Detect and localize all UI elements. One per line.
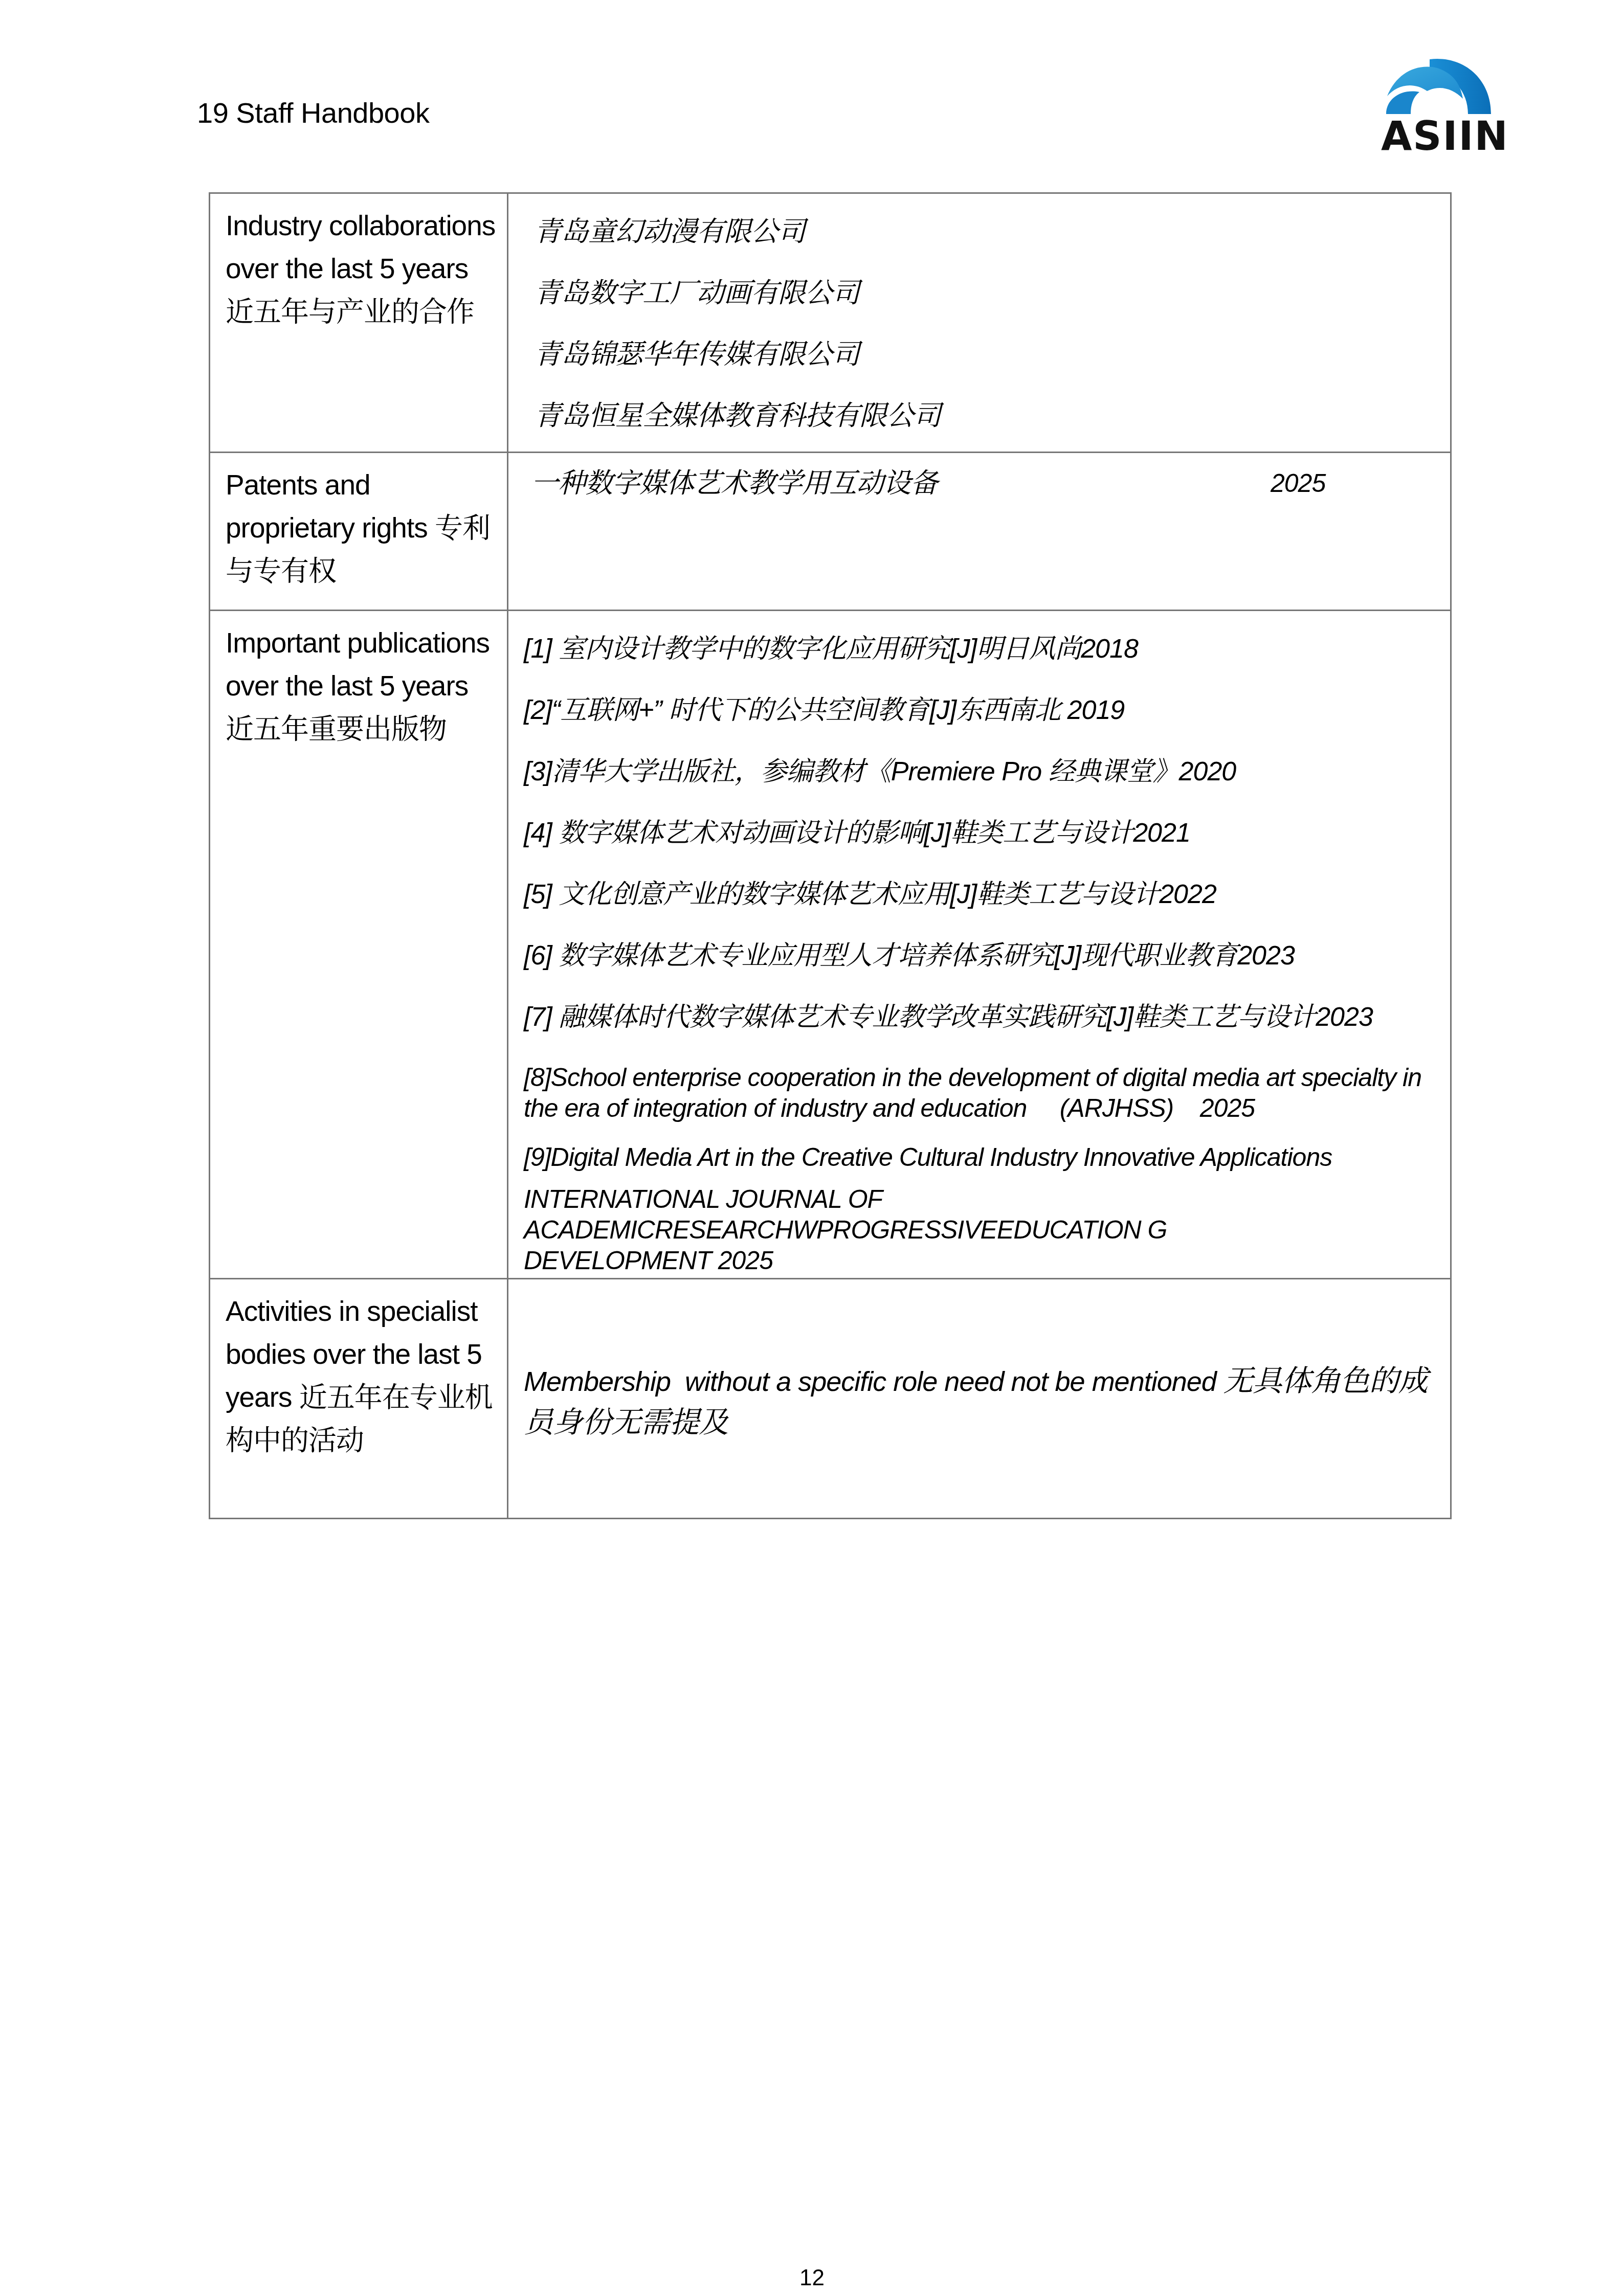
publication-8-line-1: [8]School enterprise cooperation in the … (524, 1062, 1435, 1093)
industry-label-en: Industry collaborations over the last 5 … (226, 210, 495, 284)
patents-content: 一种数字媒体艺术教学用互动设备 2025 (508, 453, 1451, 611)
publications-label-cn: 近五年重要出版物 (226, 713, 447, 745)
industry-label: Industry collaborations over the last 5 … (210, 193, 508, 453)
list-item: 青岛锦瑟华年传媒有限公司 (524, 324, 1435, 385)
publication-item-9: [9]Digital Media Art in the Creative Cul… (524, 1123, 1435, 1276)
patent-year: 2025 (1271, 460, 1325, 506)
table-row-publications: Important publications over the last 5 y… (210, 611, 1451, 1279)
publications-label-en: Important publications over the last 5 y… (226, 627, 490, 702)
publication-item: [2]“互联网+” 时代下的公共空间教育[J]东西南北 2019 (524, 680, 1435, 741)
publication-item: [6] 数字媒体艺术专业应用型人才培养体系研究[J]现代职业教育2023 (524, 925, 1435, 986)
publications-label: Important publications over the last 5 y… (210, 611, 508, 1279)
list-item: 青岛恒星全媒体教育科技有限公司 (524, 385, 1435, 446)
publication-item: [3]清华大学出版社，参编教材《Premiere Pro 经典课堂》2020 (524, 741, 1435, 802)
table-row-activities: Activities in specialist bodies over the… (210, 1279, 1451, 1519)
publication-item-8: [8]School enterprise cooperation in the … (524, 1048, 1435, 1123)
activities-note-en: Membership without a specific role need … (524, 1366, 1216, 1397)
patents-label: Patents and proprietary rights 专利与专有权 (210, 453, 508, 611)
list-item: 青岛童幻动漫有限公司 (524, 201, 1435, 262)
publication-9-line-3: DEVELOPMENT 2025 (524, 1245, 1435, 1276)
publications-content: [1] 室内设计教学中的数字化应用研究[J]明日风尚2018 [2]“互联网+”… (508, 611, 1451, 1279)
table-row-industry: Industry collaborations over the last 5 … (210, 193, 1451, 453)
staff-profile-table: Industry collaborations over the last 5 … (209, 192, 1452, 1519)
industry-content: 青岛童幻动漫有限公司 青岛数字工厂动画有限公司 青岛锦瑟华年传媒有限公司 青岛恒… (508, 193, 1451, 453)
activities-content: Membership without a specific role need … (508, 1279, 1451, 1519)
page-number: 12 (0, 2265, 1624, 2291)
activities-label: Activities in specialist bodies over the… (210, 1279, 508, 1519)
publication-8-line-2: the era of integration of industry and e… (524, 1093, 1435, 1123)
publication-item: [7] 融媒体时代数字媒体艺术专业教学改革实践研究[J]鞋类工艺与设计2023 (524, 986, 1435, 1048)
publication-9-line-1: [9]Digital Media Art in the Creative Cul… (524, 1142, 1435, 1173)
publication-9-line-2: INTERNATIONAL JOURNAL OF ACADEMICRESEARC… (524, 1184, 1435, 1245)
publication-item: [4] 数字媒体艺术对动画设计的影响[J]鞋类工艺与设计2021 (524, 802, 1435, 864)
list-item: 青岛数字工厂动画有限公司 (524, 262, 1435, 324)
publication-item: [1] 室内设计教学中的数字化应用研究[J]明日风尚2018 (524, 618, 1435, 680)
document-header-title: 19 Staff Handbook (197, 96, 429, 129)
patent-title: 一种数字媒体艺术教学用互动设备 (531, 468, 938, 499)
patent-item: 一种数字媒体艺术教学用互动设备 2025 (524, 460, 1435, 506)
publication-item: [5] 文化创意产业的数字媒体艺术应用[J]鞋类工艺与设计2022 (524, 864, 1435, 925)
table-row-patents: Patents and proprietary rights 专利与专有权 一种… (210, 453, 1451, 611)
patents-label-en: Patents and proprietary rights (226, 469, 428, 544)
asiin-logo-text: ASIIN (1381, 114, 1496, 160)
industry-label-cn: 近五年与产业的合作 (226, 296, 474, 327)
